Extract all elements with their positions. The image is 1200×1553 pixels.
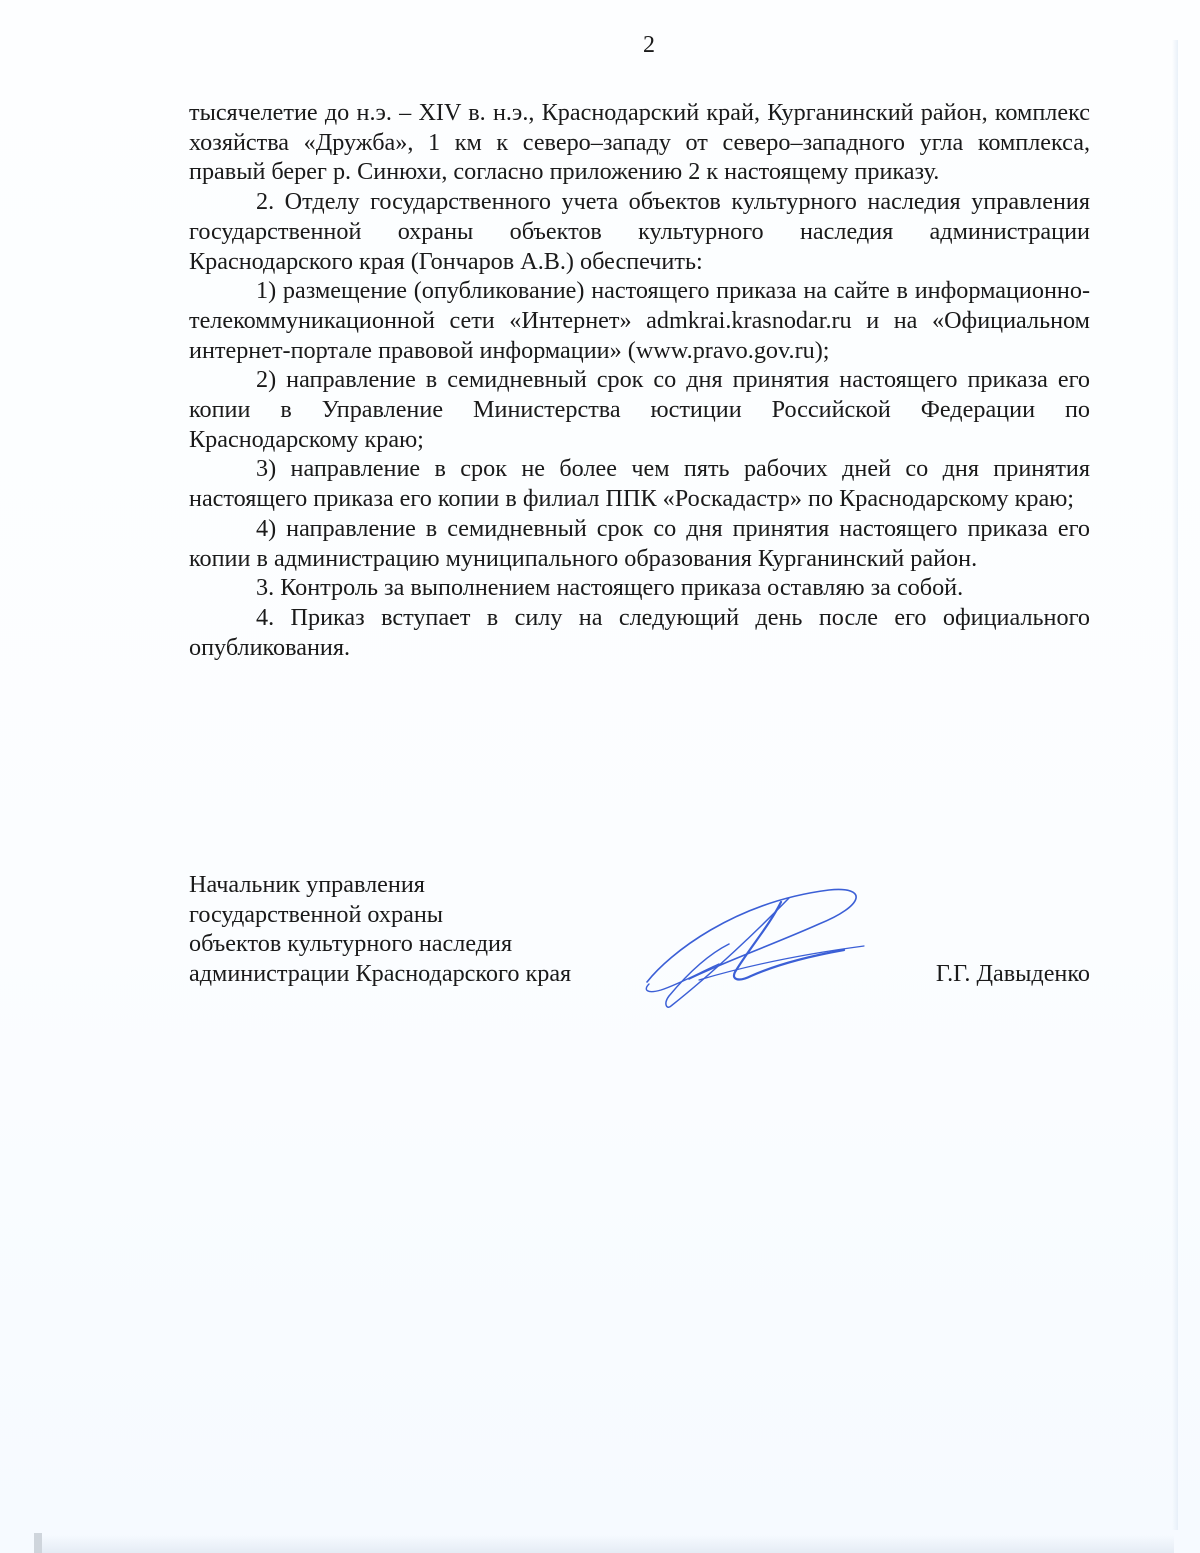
paragraph-item-2-4: 4) направление в семидневный срок со дня… [189,514,1090,573]
paragraph-item-4: 4. Приказ вступает в силу на следующий д… [189,603,1090,662]
paragraph-item-2: 2. Отделу государственного учета объекто… [189,187,1090,276]
signature-block: Начальник управления государственной охр… [189,870,1090,1010]
handwritten-signature-icon [639,884,879,1014]
scan-edge-mark [34,1533,42,1553]
paragraph-item-2-1: 1) размещение (опубликование) настоящего… [189,276,1090,365]
paragraph-continuation: тысячелетие до н.э. – XIV в. н.э., Красн… [189,98,1090,187]
document-page: 2 тысячелетие до н.э. – XIV в. н.э., Кра… [0,0,1200,1553]
signer-title-line: государственной охраны [189,900,571,930]
paragraph-item-3: 3. Контроль за выполнением настоящего пр… [189,573,1090,603]
signer-title-line: Начальник управления [189,870,571,900]
signer-title: Начальник управления государственной охр… [189,870,571,989]
signer-name: Г.Г. Давыденко [936,959,1090,989]
scan-edge-shadow-right [1172,40,1178,1530]
page-number: 2 [0,30,1200,60]
paragraph-item-2-2: 2) направление в семидневный срок со дня… [189,365,1090,454]
signer-title-line: объектов культурного наследия [189,929,571,959]
scan-edge-shadow-bottom [34,1535,1174,1553]
signer-title-line: администрации Краснодарского края [189,959,571,989]
paragraph-item-2-3: 3) направление в срок не более чем пять … [189,454,1090,513]
document-body: тысячелетие до н.э. – XIV в. н.э., Красн… [189,98,1090,662]
